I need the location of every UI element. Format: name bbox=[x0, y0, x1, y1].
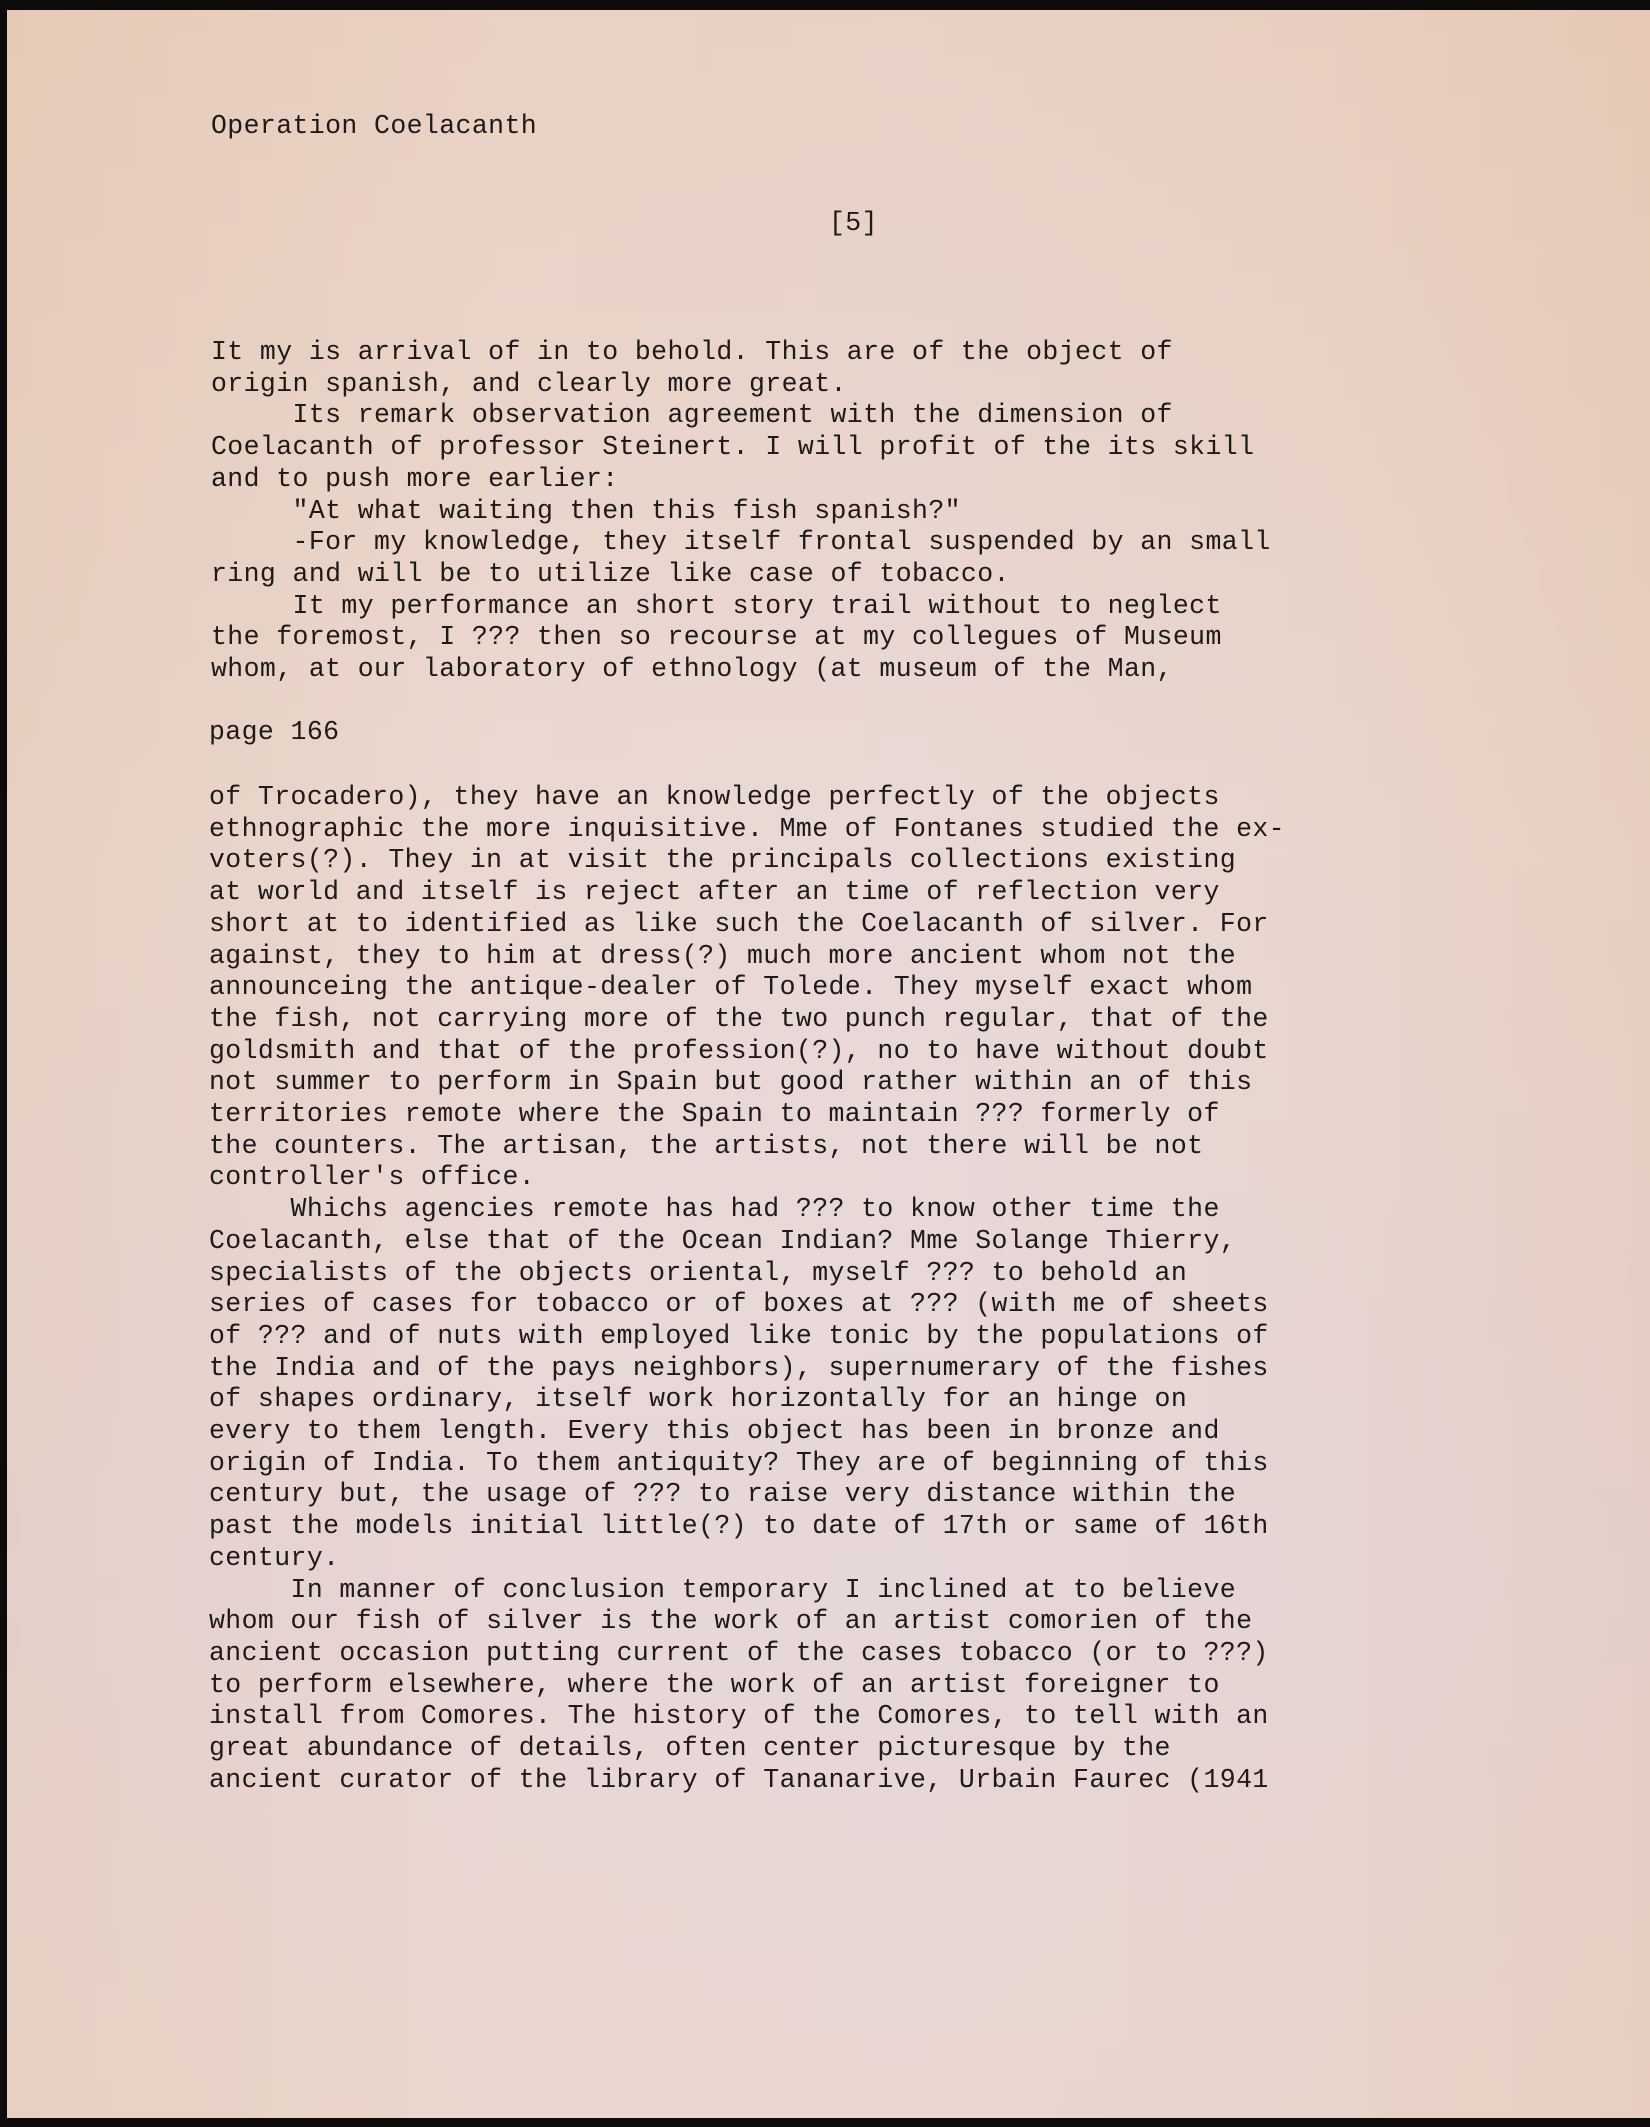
text-line: install from Comores. The history of the… bbox=[209, 1701, 1285, 1733]
text-line: It my performance an short story trail w… bbox=[211, 591, 1271, 623]
text-line: origin spanish, and clearly more great. bbox=[211, 369, 1271, 401]
text-line: Coelacanth, else that of the Ocean India… bbox=[209, 1226, 1285, 1258]
text-line: to perform elsewhere, where the work of … bbox=[209, 1670, 1285, 1702]
text-line: and to push more earlier: bbox=[211, 464, 1271, 496]
text-line: Whichs agencies remote has had ??? to kn… bbox=[209, 1194, 1285, 1226]
text-line: short at to identified as like such the … bbox=[209, 909, 1285, 941]
text-line: announceing the antique-dealer of Tolede… bbox=[209, 972, 1285, 1004]
text-line: Its remark observation agreement with th… bbox=[211, 400, 1271, 432]
text-line: whom our fish of silver is the work of a… bbox=[209, 1606, 1285, 1638]
text-line: at world and itself is reject after an t… bbox=[209, 877, 1285, 909]
body-text-block-2: of Trocadero), they have an knowledge pe… bbox=[209, 782, 1285, 1797]
text-line: of shapes ordinary, itself work horizont… bbox=[209, 1384, 1285, 1416]
text-line: voters(?). They in at visit the principa… bbox=[209, 845, 1285, 877]
text-line: whom, at our laboratory of ethnology (at… bbox=[211, 654, 1271, 686]
document-header-title: Operation Coelacanth bbox=[211, 111, 537, 141]
text-line: -For my knowledge, they itself frontal s… bbox=[211, 527, 1271, 559]
page-number: [5] bbox=[829, 208, 878, 238]
text-line: ethnographic the more inquisitive. Mme o… bbox=[209, 814, 1285, 846]
text-line: origin of India. To them antiquity? They… bbox=[209, 1448, 1285, 1480]
body-text-block-1: It my is arrival of in to behold. This a… bbox=[211, 337, 1271, 686]
text-line: territories remote where the Spain to ma… bbox=[209, 1099, 1285, 1131]
text-line: not summer to perform in Spain but good … bbox=[209, 1067, 1285, 1099]
text-line: of Trocadero), they have an knowledge pe… bbox=[209, 782, 1285, 814]
text-line: specialists of the objects oriental, mys… bbox=[209, 1258, 1285, 1290]
text-line: controller's office. bbox=[209, 1162, 1285, 1194]
page-reference: page 166 bbox=[209, 717, 339, 747]
text-line: the fish, not carrying more of the two p… bbox=[209, 1004, 1285, 1036]
text-line: the India and of the pays neighbors), su… bbox=[209, 1353, 1285, 1385]
text-line: ancient curator of the library of Tanana… bbox=[209, 1765, 1285, 1797]
text-line: It my is arrival of in to behold. This a… bbox=[211, 337, 1271, 369]
text-line: of ??? and of nuts with employed like to… bbox=[209, 1321, 1285, 1353]
text-line: series of cases for tobacco or of boxes … bbox=[209, 1289, 1285, 1321]
text-line: against, they to him at dress(?) much mo… bbox=[209, 941, 1285, 973]
text-line: In manner of conclusion temporary I incl… bbox=[209, 1575, 1285, 1607]
text-line: ring and will be to utilize like case of… bbox=[211, 559, 1271, 591]
paper-sheet: Operation Coelacanth [5] It my is arriva… bbox=[7, 10, 1650, 2118]
text-line: ancient occasion putting current of the … bbox=[209, 1638, 1285, 1670]
text-line: century. bbox=[209, 1543, 1285, 1575]
text-line: great abundance of details, often center… bbox=[209, 1733, 1285, 1765]
text-line: past the models initial little(?) to dat… bbox=[209, 1511, 1285, 1543]
text-line: "At what waiting then this fish spanish?… bbox=[211, 496, 1271, 528]
text-line: every to them length. Every this object … bbox=[209, 1416, 1285, 1448]
text-line: the counters. The artisan, the artists, … bbox=[209, 1131, 1285, 1163]
text-line: century but, the usage of ??? to raise v… bbox=[209, 1479, 1285, 1511]
text-line: Coelacanth of professor Steinert. I will… bbox=[211, 432, 1271, 464]
text-line: the foremost, I ??? then so recourse at … bbox=[211, 622, 1271, 654]
text-line: goldsmith and that of the profession(?),… bbox=[209, 1036, 1285, 1068]
